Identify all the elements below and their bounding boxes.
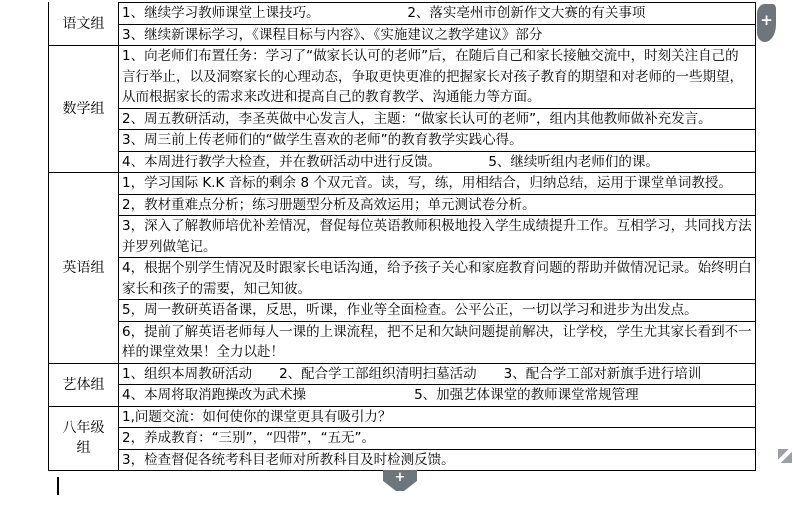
group-row: 英语组1，学习国际 K.K 音标的剩余 8 个双元音。读，写，练，用相结合，归纳… [49, 172, 755, 363]
table-cell[interactable]: 5，周一教研英语备课，反思，听课，作业等全面检查。公平公正，一切以学习和进步为出… [119, 299, 755, 321]
table-cell[interactable]: 2，养成教育：“三别”，“四带”，“五无”。 [119, 427, 755, 449]
group-items: 1、组织本周教研活动 2、配合学工部组织清明扫墓活动 3、配合学工部对新旗手进行… [119, 364, 755, 406]
table-cell[interactable]: 4、本周进行教学大检查，并在教研活动中进行反馈。 5、继续听组内老师们的课。 [119, 151, 755, 173]
group-row: 八年级组1,问题交流：如何使你的课堂更具有吸引力？2，养成教育：“三别”，“四带… [49, 406, 755, 471]
table-cell[interactable]: 4，根据个别学生情况及时跟家长电话沟通，给予孩子关心和家庭教育问题的帮助并做情况… [119, 257, 755, 299]
table-cell[interactable]: 3、继续新课标学习，《课程目标与内容》、《实施建议之教学建议》部分 [119, 24, 755, 46]
text-cursor [57, 477, 59, 495]
group-row: 艺体组1、组织本周教研活动 2、配合学工部组织清明扫墓活动 3、配合学工部对新旗… [49, 363, 755, 406]
document-canvas: 语文组1、继续学习教师课堂上课技巧。 2、落实亳州市创新作文大赛的有关事项3、继… [0, 0, 793, 524]
table-cell[interactable]: 3，检查督促各统考科目老师对所教科目及时检测反馈。 [119, 449, 755, 471]
table-cell[interactable]: 3、周三前上传老师们的“做学生喜欢的老师”的教育教学实践心得。 [119, 129, 755, 151]
group-items: 1，学习国际 K.K 音标的剩余 8 个双元音。读，写，练，用相结合，归纳总结，… [119, 173, 755, 363]
table-cell[interactable]: 1，学习国际 K.K 音标的剩余 8 个双元音。读，写，练，用相结合，归纳总结，… [119, 173, 755, 194]
group-row: 数学组1、向老师们布置任务：学习了“做家长认可的老师”后，在随后自己和家长接触交… [49, 45, 755, 172]
table-cell[interactable]: 1,问题交流：如何使你的课堂更具有吸引力？ [119, 407, 755, 428]
table-cell[interactable]: 4、本周将取消跑操改为武术操 5、加强艺体课堂的教师课堂常规管理 [119, 384, 755, 406]
group-name-cell[interactable]: 语文组 [49, 2, 119, 45]
group-items: 1、继续学习教师课堂上课技巧。 2、落实亳州市创新作文大赛的有关事项3、继续新课… [119, 2, 755, 45]
table-cell[interactable]: 1、向老师们布置任务：学习了“做家长认可的老师”后，在随后自己和家长接触交流中，… [119, 46, 755, 108]
group-name-cell[interactable]: 英语组 [49, 173, 119, 363]
bottom-add-button[interactable]: + [383, 470, 417, 491]
side-add-button[interactable]: + [757, 4, 776, 42]
table-cell[interactable]: 2，教材重难点分析；练习册题型分析及高效运用；单元测试卷分析。 [119, 194, 755, 216]
resize-handle-icon[interactable] [778, 449, 792, 463]
group-items: 1、向老师们布置任务：学习了“做家长认可的老师”后，在随后自己和家长接触交流中，… [119, 46, 755, 172]
group-name-cell[interactable]: 数学组 [49, 46, 119, 172]
table-cell[interactable]: 6，提前了解英语老师每人一课的上课流程，把不足和欠缺问题提前解决，让学校，学生尤… [119, 321, 755, 363]
group-name-cell[interactable]: 八年级组 [49, 407, 119, 471]
table-cell[interactable]: 1、组织本周教研活动 2、配合学工部组织清明扫墓活动 3、配合学工部对新旗手进行… [119, 364, 755, 385]
plus-icon: + [760, 13, 773, 28]
plus-icon: + [395, 471, 406, 491]
table-cell[interactable]: 3，深入了解教师培优补差情况，督促每位英语教师积极地投入学生成绩提升工作。互相学… [119, 215, 755, 257]
weekly-plan-table: 语文组1、继续学习教师课堂上课技巧。 2、落实亳州市创新作文大赛的有关事项3、继… [48, 2, 756, 471]
table-cell[interactable]: 1、继续学习教师课堂上课技巧。 2、落实亳州市创新作文大赛的有关事项 [119, 2, 755, 24]
group-row: 语文组1、继续学习教师课堂上课技巧。 2、落实亳州市创新作文大赛的有关事项3、继… [49, 2, 755, 45]
table-cell[interactable]: 2、周五教研活动，李圣英做中心发言人，主题：“做家长认可的老师”，组内其他教师做… [119, 108, 755, 130]
group-items: 1,问题交流：如何使你的课堂更具有吸引力？2，养成教育：“三别”，“四带”，“五… [119, 407, 755, 471]
group-name-cell[interactable]: 艺体组 [49, 364, 119, 406]
